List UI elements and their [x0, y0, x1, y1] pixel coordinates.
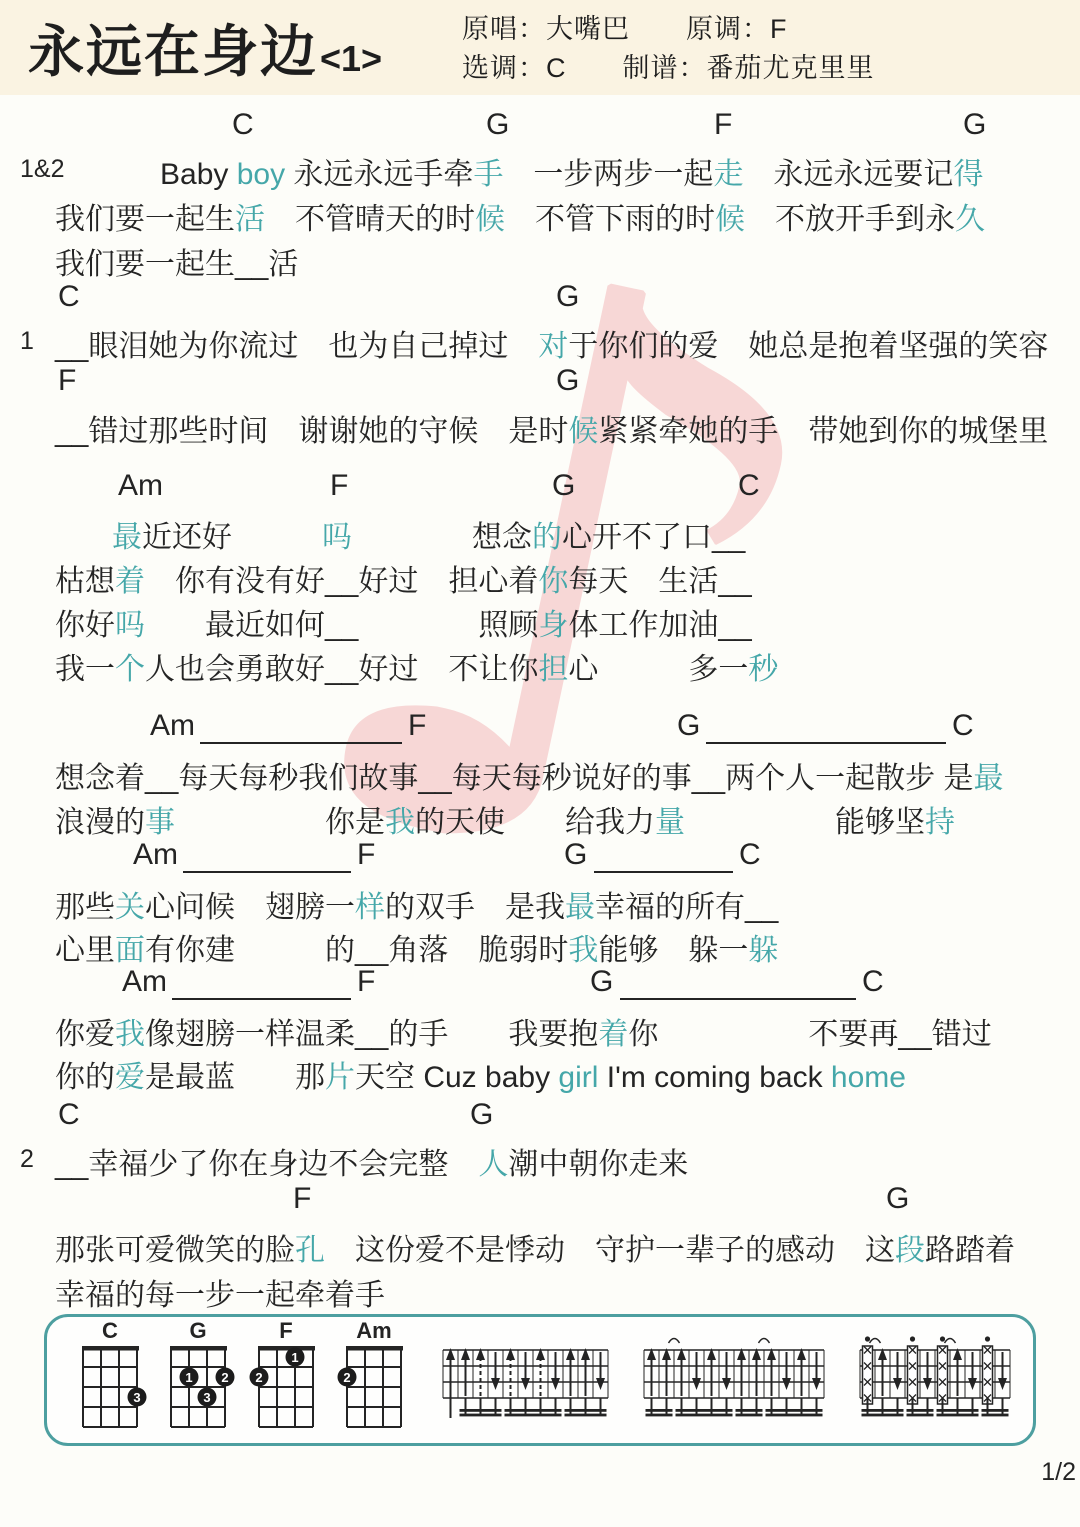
- chord-sustain-line: [594, 871, 733, 873]
- lyric-highlight: 吗: [322, 521, 352, 554]
- lyric-text: 心里面有你建 的__角落 脆弱时我能够 躲一躲: [0, 922, 1080, 969]
- lyric-highlight: 你: [538, 565, 568, 598]
- chord-row: AmFGC: [0, 965, 1080, 1006]
- title-wrap: 永远在身边<1>: [28, 8, 382, 88]
- lyric-plain: 你的: [55, 1061, 115, 1094]
- lyric-text: 那些关心问候 翅膀一样的双手 是我最幸福的所有__: [0, 879, 1080, 926]
- spacer-row: [0, 449, 1080, 469]
- svg-text:F: F: [279, 1319, 292, 1343]
- chord-label: F: [408, 709, 426, 743]
- lyric-highlight: 最: [565, 891, 595, 924]
- chord-row: CG: [0, 280, 1080, 318]
- lyric-row: 枯想着 你有没有好__好过 担心着你每天 生活__: [0, 553, 1080, 597]
- chord-label: F: [330, 469, 348, 503]
- lyric-text: 我一个人也会勇敢好__好过 不让你担心 多一秒: [0, 641, 1080, 688]
- lyric-highlight: 人: [478, 1148, 508, 1181]
- lyric-text: Baby boy 永远永远手牵手 一步两步一起走 永远永远要记得: [0, 146, 1080, 193]
- lyric-plain: 有你建 的__角落 脆弱时: [145, 934, 568, 967]
- lyric-plain: 你 不要再__错过: [628, 1018, 991, 1051]
- lyric-plain: 心开不了口__: [562, 521, 745, 554]
- lyric-highlight: 得: [953, 158, 983, 191]
- lyric-highlight: 担: [538, 653, 568, 686]
- lyric-plain: 心问候 翅膀一: [145, 891, 355, 924]
- chord-label: G: [677, 709, 700, 743]
- page-number: 1/2: [1041, 1458, 1076, 1487]
- lyric-plain: __错过那些时间 谢谢她的守候 是时: [55, 415, 568, 448]
- chord-sustain-line: [200, 742, 402, 744]
- lyric-highlight: girl: [558, 1061, 598, 1094]
- chord-row: CG: [0, 1098, 1080, 1136]
- chord-label: F: [293, 1182, 311, 1216]
- lyric-plain: 路踏着: [925, 1234, 1015, 1267]
- lyric-plain: 天空 Cuz baby: [355, 1061, 558, 1094]
- chord-label: F: [357, 965, 375, 999]
- lyric-highlight: 段: [895, 1234, 925, 1267]
- lyric-row: 那些关心问候 翅膀一样的双手 是我最幸福的所有__: [0, 879, 1080, 922]
- song-meta: 原唱：大嘴巴 原调：F 选调：C 制谱：番茄尤克里里: [462, 10, 875, 88]
- sheet: CGFG1&2Baby boy 永远永远手牵手 一步两步一起走 永远永远要记得我…: [0, 108, 1080, 1311]
- lyric-row: __错过那些时间 谢谢她的守候 是时候紧紧牵她的手 带她到你的城堡里: [0, 403, 1080, 449]
- lyric-highlight: 孔: [295, 1234, 325, 1267]
- chord-label: C: [58, 280, 80, 314]
- lyric-plain: __眼泪她为你流过 也为自己掉过: [55, 330, 538, 363]
- chord-label: Am: [133, 838, 178, 872]
- chord-label: Am: [122, 965, 167, 999]
- lyric-plain: 心里: [55, 934, 115, 967]
- svg-text:3: 3: [203, 1390, 210, 1405]
- lyric-highlight: 个: [115, 653, 145, 686]
- lyric-plain: 想念: [352, 521, 532, 554]
- lyric-plain: 你好: [55, 609, 115, 642]
- lyric-text: 你好吗 最近如何__ 照顾身体工作加油__: [0, 597, 1080, 644]
- chord-label: C: [58, 1098, 80, 1132]
- lyric-text: 想念着__每天每秒我们故事__每天每秒说好的事__两个人一起散步 是最: [0, 750, 1080, 797]
- lyric-plain: __幸福少了你在身边不会完整: [55, 1148, 478, 1181]
- lyric-plain: 不放开手到永: [745, 203, 955, 236]
- lyric-plain: 是最蓝 那: [145, 1061, 325, 1094]
- svg-text:1: 1: [291, 1350, 298, 1365]
- lyric-highlight: home: [831, 1061, 906, 1094]
- chord-diagram-c: C3: [71, 1319, 151, 1441]
- svg-text:2: 2: [255, 1370, 262, 1385]
- chord-row: AmFGC: [0, 838, 1080, 879]
- lyric-text: 我们要一起生__活: [0, 236, 1080, 283]
- song-meta-line2: 选调：C 制谱：番茄尤克里里: [462, 49, 875, 88]
- lyric-plain: 枯想: [55, 565, 115, 598]
- lyric-row: 1__眼泪她为你流过 也为自己掉过 对于你们的爱 她总是抱着坚强的笑容: [0, 318, 1080, 364]
- section-marker: 1&2: [20, 155, 64, 184]
- lyric-plain: 我们要一起生: [55, 203, 235, 236]
- lyric-plain: 想念着__每天每秒我们故事__每天每秒说好的事__两个人一起散步 是: [55, 762, 973, 795]
- lyric-highlight: 最: [112, 521, 142, 554]
- chord-row: AmFGC: [0, 469, 1080, 509]
- lyric-plain: 那张可爱微笑的脸: [55, 1234, 295, 1267]
- chord-sustain-line: [183, 871, 351, 873]
- sheet-header: 永远在身边<1> 原唱：大嘴巴 原调：F 选调：C 制谱：番茄尤克里里: [0, 0, 1080, 95]
- lyric-row: 你好吗 最近如何__ 照顾身体工作加油__: [0, 597, 1080, 641]
- lyric-highlight: 我: [115, 1018, 145, 1051]
- lyric-row: 我们要一起生活 不管晴天的时候 不管下雨的时候 不放开手到永久: [0, 191, 1080, 236]
- lyric-highlight: 对: [538, 330, 568, 363]
- lyric-plain: 的天使 给我力: [415, 806, 655, 839]
- strum-pattern-3: [854, 1332, 1016, 1428]
- lyric-plain: 你是: [175, 806, 385, 839]
- lyric-highlight: 我: [568, 934, 598, 967]
- chord-label: C: [232, 108, 254, 142]
- chord-label: F: [58, 364, 76, 398]
- lyric-plain: 浪漫的: [55, 806, 145, 839]
- lyric-plain: 体工作加油__: [568, 609, 751, 642]
- chord-diagram-g: G123: [159, 1319, 239, 1441]
- svg-text:3: 3: [133, 1390, 140, 1405]
- lyric-plain: 人也会勇敢好__好过 不让你: [145, 653, 538, 686]
- lyric-highlight: 久: [955, 203, 985, 236]
- lyric-row: 1&2Baby boy 永远永远手牵手 一步两步一起走 永远永远要记得: [0, 146, 1080, 191]
- chord-label: C: [738, 469, 760, 503]
- lyric-text: 幸福的每一步一起牵着手: [0, 1267, 1080, 1314]
- lyric-text: 枯想着 你有没有好__好过 担心着你每天 生活__: [0, 553, 1080, 600]
- lyric-row: 心里面有你建 的__角落 脆弱时我能够 躲一躲: [0, 922, 1080, 965]
- lyric-plain: 那些: [55, 891, 115, 924]
- lyric-plain: 每天 生活__: [568, 565, 751, 598]
- lyric-row: 我们要一起生__活: [0, 236, 1080, 280]
- lyric-highlight: 持: [925, 806, 955, 839]
- svg-text:2: 2: [221, 1370, 228, 1385]
- lyric-highlight: 候: [475, 203, 505, 236]
- lyric-highlight: 走: [713, 158, 743, 191]
- lyric-plain: 能够坚: [685, 806, 925, 839]
- lyric-plain: 近还好: [142, 521, 322, 554]
- chord-label: C: [862, 965, 884, 999]
- lyric-row: 想念着__每天每秒我们故事__每天每秒说好的事__两个人一起散步 是最: [0, 750, 1080, 794]
- lyric-row: 2__幸福少了你在身边不会完整 人潮中朝你走来: [0, 1136, 1080, 1182]
- chord-row: CGFG: [0, 108, 1080, 146]
- lyric-plain: 我们要一起生__活: [55, 248, 298, 281]
- song-title-part-number: <1>: [320, 38, 382, 79]
- lyric-highlight: 样: [355, 891, 385, 924]
- lyric-row: 幸福的每一步一起牵着手: [0, 1267, 1080, 1311]
- chord-label: G: [552, 469, 575, 503]
- lyric-plain: 永远永远要记: [743, 158, 953, 191]
- lyric-text: 你爱我像翅膀一样温柔__的手 我要抱着你 不要再__错过: [0, 1006, 1080, 1053]
- chord-label: F: [357, 838, 375, 872]
- lyric-plain: 潮中朝你走来: [508, 1148, 688, 1181]
- lyric-plain: 幸福的所有__: [595, 891, 778, 924]
- lyric-plain: 不管下雨的时: [505, 203, 715, 236]
- lyric-highlight: 面: [115, 934, 145, 967]
- lyric-highlight: 秒: [748, 653, 778, 686]
- lyric-highlight: 最: [973, 762, 1003, 795]
- lyric-highlight: 着: [115, 565, 145, 598]
- lyric-highlight: 躲: [748, 934, 778, 967]
- chord-label: G: [556, 280, 579, 314]
- svg-text:2: 2: [343, 1370, 350, 1385]
- lyric-plain: 心 多一: [568, 653, 748, 686]
- chord-label: G: [556, 364, 579, 398]
- lyric-plain: Baby: [160, 158, 237, 191]
- chord-sheet-page: ♪ 永远在身边<1> 原唱：大嘴巴 原调：F 选调：C 制谱：番茄尤克里里 CG…: [0, 0, 1080, 1527]
- lyric-highlight: 事: [145, 806, 175, 839]
- chord-row: FG: [0, 1182, 1080, 1222]
- chord-sustain-line: [620, 998, 856, 1000]
- chord-row: AmFGC: [0, 709, 1080, 750]
- section-marker: 2: [20, 1145, 34, 1174]
- chord-label: G: [470, 1098, 493, 1132]
- lyric-highlight: 的: [532, 521, 562, 554]
- chord-label: G: [564, 838, 587, 872]
- lyric-plain: 的双手 是我: [385, 891, 565, 924]
- lyric-highlight: 我: [385, 806, 415, 839]
- lyric-text: 我们要一起生活 不管晴天的时候 不管下雨的时候 不放开手到永久: [0, 191, 1080, 238]
- lyric-highlight: 候: [715, 203, 745, 236]
- lyric-row: 最近还好 吗 想念的心开不了口__: [0, 509, 1080, 553]
- lyric-highlight: 着: [598, 1018, 628, 1051]
- lyric-plain: 不管晴天的时: [265, 203, 475, 236]
- chord-row: FG: [0, 364, 1080, 403]
- chord-diagrams: C3G123F12Am2: [71, 1319, 415, 1441]
- lyric-highlight: 手: [473, 158, 503, 191]
- notation-box: C3G123F12Am2: [44, 1314, 1036, 1446]
- spacer-row: [0, 685, 1080, 709]
- lyric-highlight: 活: [235, 203, 265, 236]
- lyric-highlight: 候: [568, 415, 598, 448]
- lyric-highlight: 爱: [115, 1061, 145, 1094]
- strum-pattern-2: [638, 1332, 830, 1428]
- lyric-plain: 你有没有好__好过 担心着: [145, 565, 538, 598]
- svg-text:1: 1: [185, 1370, 192, 1385]
- lyric-plain: 能够 躲一: [598, 934, 748, 967]
- lyric-text: 最近还好 吗 想念的心开不了口__: [0, 509, 1080, 556]
- lyric-text: __眼泪她为你流过 也为自己掉过 对于你们的爱 她总是抱着坚强的笑容: [0, 318, 1080, 365]
- lyric-row: 你的爱是最蓝 那片天空 Cuz baby girl I'm coming bac…: [0, 1049, 1080, 1092]
- lyric-text: __错过那些时间 谢谢她的守候 是时候紧紧牵她的手 带她到你的城堡里: [0, 403, 1080, 450]
- lyric-plain: 一步两步一起: [503, 158, 713, 191]
- lyric-plain: 像翅膀一样温柔__的手 我要抱: [145, 1018, 598, 1051]
- lyric-row: 那张可爱微笑的脸孔 这份爱不是悸动 守护一辈子的感动 这段路踏着: [0, 1222, 1080, 1267]
- lyric-text: 那张可爱微笑的脸孔 这份爱不是悸动 守护一辈子的感动 这段路踏着: [0, 1222, 1080, 1269]
- svg-text:Am: Am: [356, 1319, 391, 1343]
- strum-patterns: [437, 1332, 1016, 1428]
- lyric-highlight: 身: [538, 609, 568, 642]
- chord-label: C: [739, 838, 761, 872]
- lyric-row: 我一个人也会勇敢好__好过 不让你担心 多一秒: [0, 641, 1080, 685]
- lyric-plain: 紧紧牵她的手 带她到你的城堡里: [598, 415, 1048, 448]
- lyric-plain: 你爱: [55, 1018, 115, 1051]
- lyric-highlight: boy: [237, 158, 285, 191]
- strum-pattern-1: [437, 1332, 614, 1428]
- chord-label: G: [963, 108, 986, 142]
- lyric-highlight: 关: [115, 891, 145, 924]
- lyric-text: 浪漫的事 你是我的天使 给我力量 能够坚持: [0, 794, 1080, 841]
- lyric-plain: 于你们的爱 她总是抱着坚强的笑容: [568, 330, 1048, 363]
- lyric-plain: 这份爱不是悸动 守护一辈子的感动 这: [325, 1234, 895, 1267]
- lyric-row: 你爱我像翅膀一样温柔__的手 我要抱着你 不要再__错过: [0, 1006, 1080, 1049]
- chord-label: G: [590, 965, 613, 999]
- lyric-plain: 我一: [55, 653, 115, 686]
- section-marker: 1: [20, 327, 34, 356]
- lyric-highlight: 吗: [115, 609, 145, 642]
- chord-label: G: [886, 1182, 909, 1216]
- chord-sustain-line: [706, 742, 946, 744]
- lyric-plain: I'm coming back: [598, 1061, 830, 1094]
- song-title: 永远在身边: [28, 20, 318, 83]
- chord-label: F: [714, 108, 732, 142]
- lyric-text: __幸福少了你在身边不会完整 人潮中朝你走来: [0, 1136, 1080, 1183]
- chord-sustain-line: [172, 998, 351, 1000]
- svg-text:G: G: [189, 1319, 206, 1343]
- chord-label: Am: [150, 709, 195, 743]
- chord-label: C: [952, 709, 974, 743]
- lyric-plain: 永远永远手牵: [285, 158, 473, 191]
- lyric-text: 你的爱是最蓝 那片天空 Cuz baby girl I'm coming bac…: [0, 1049, 1080, 1096]
- lyric-highlight: 片: [325, 1061, 355, 1094]
- chord-label: Am: [118, 469, 163, 503]
- chord-diagram-am: Am2: [335, 1319, 415, 1441]
- song-meta-line1: 原唱：大嘴巴 原调：F: [462, 10, 875, 49]
- lyric-row: 浪漫的事 你是我的天使 给我力量 能够坚持: [0, 794, 1080, 838]
- lyric-plain: 幸福的每一步一起牵着手: [55, 1279, 385, 1312]
- chord-label: G: [486, 108, 509, 142]
- svg-text:C: C: [102, 1319, 118, 1343]
- lyric-plain: 最近如何__ 照顾: [145, 609, 538, 642]
- lyric-highlight: 量: [655, 806, 685, 839]
- chord-diagram-f: F12: [247, 1319, 327, 1441]
